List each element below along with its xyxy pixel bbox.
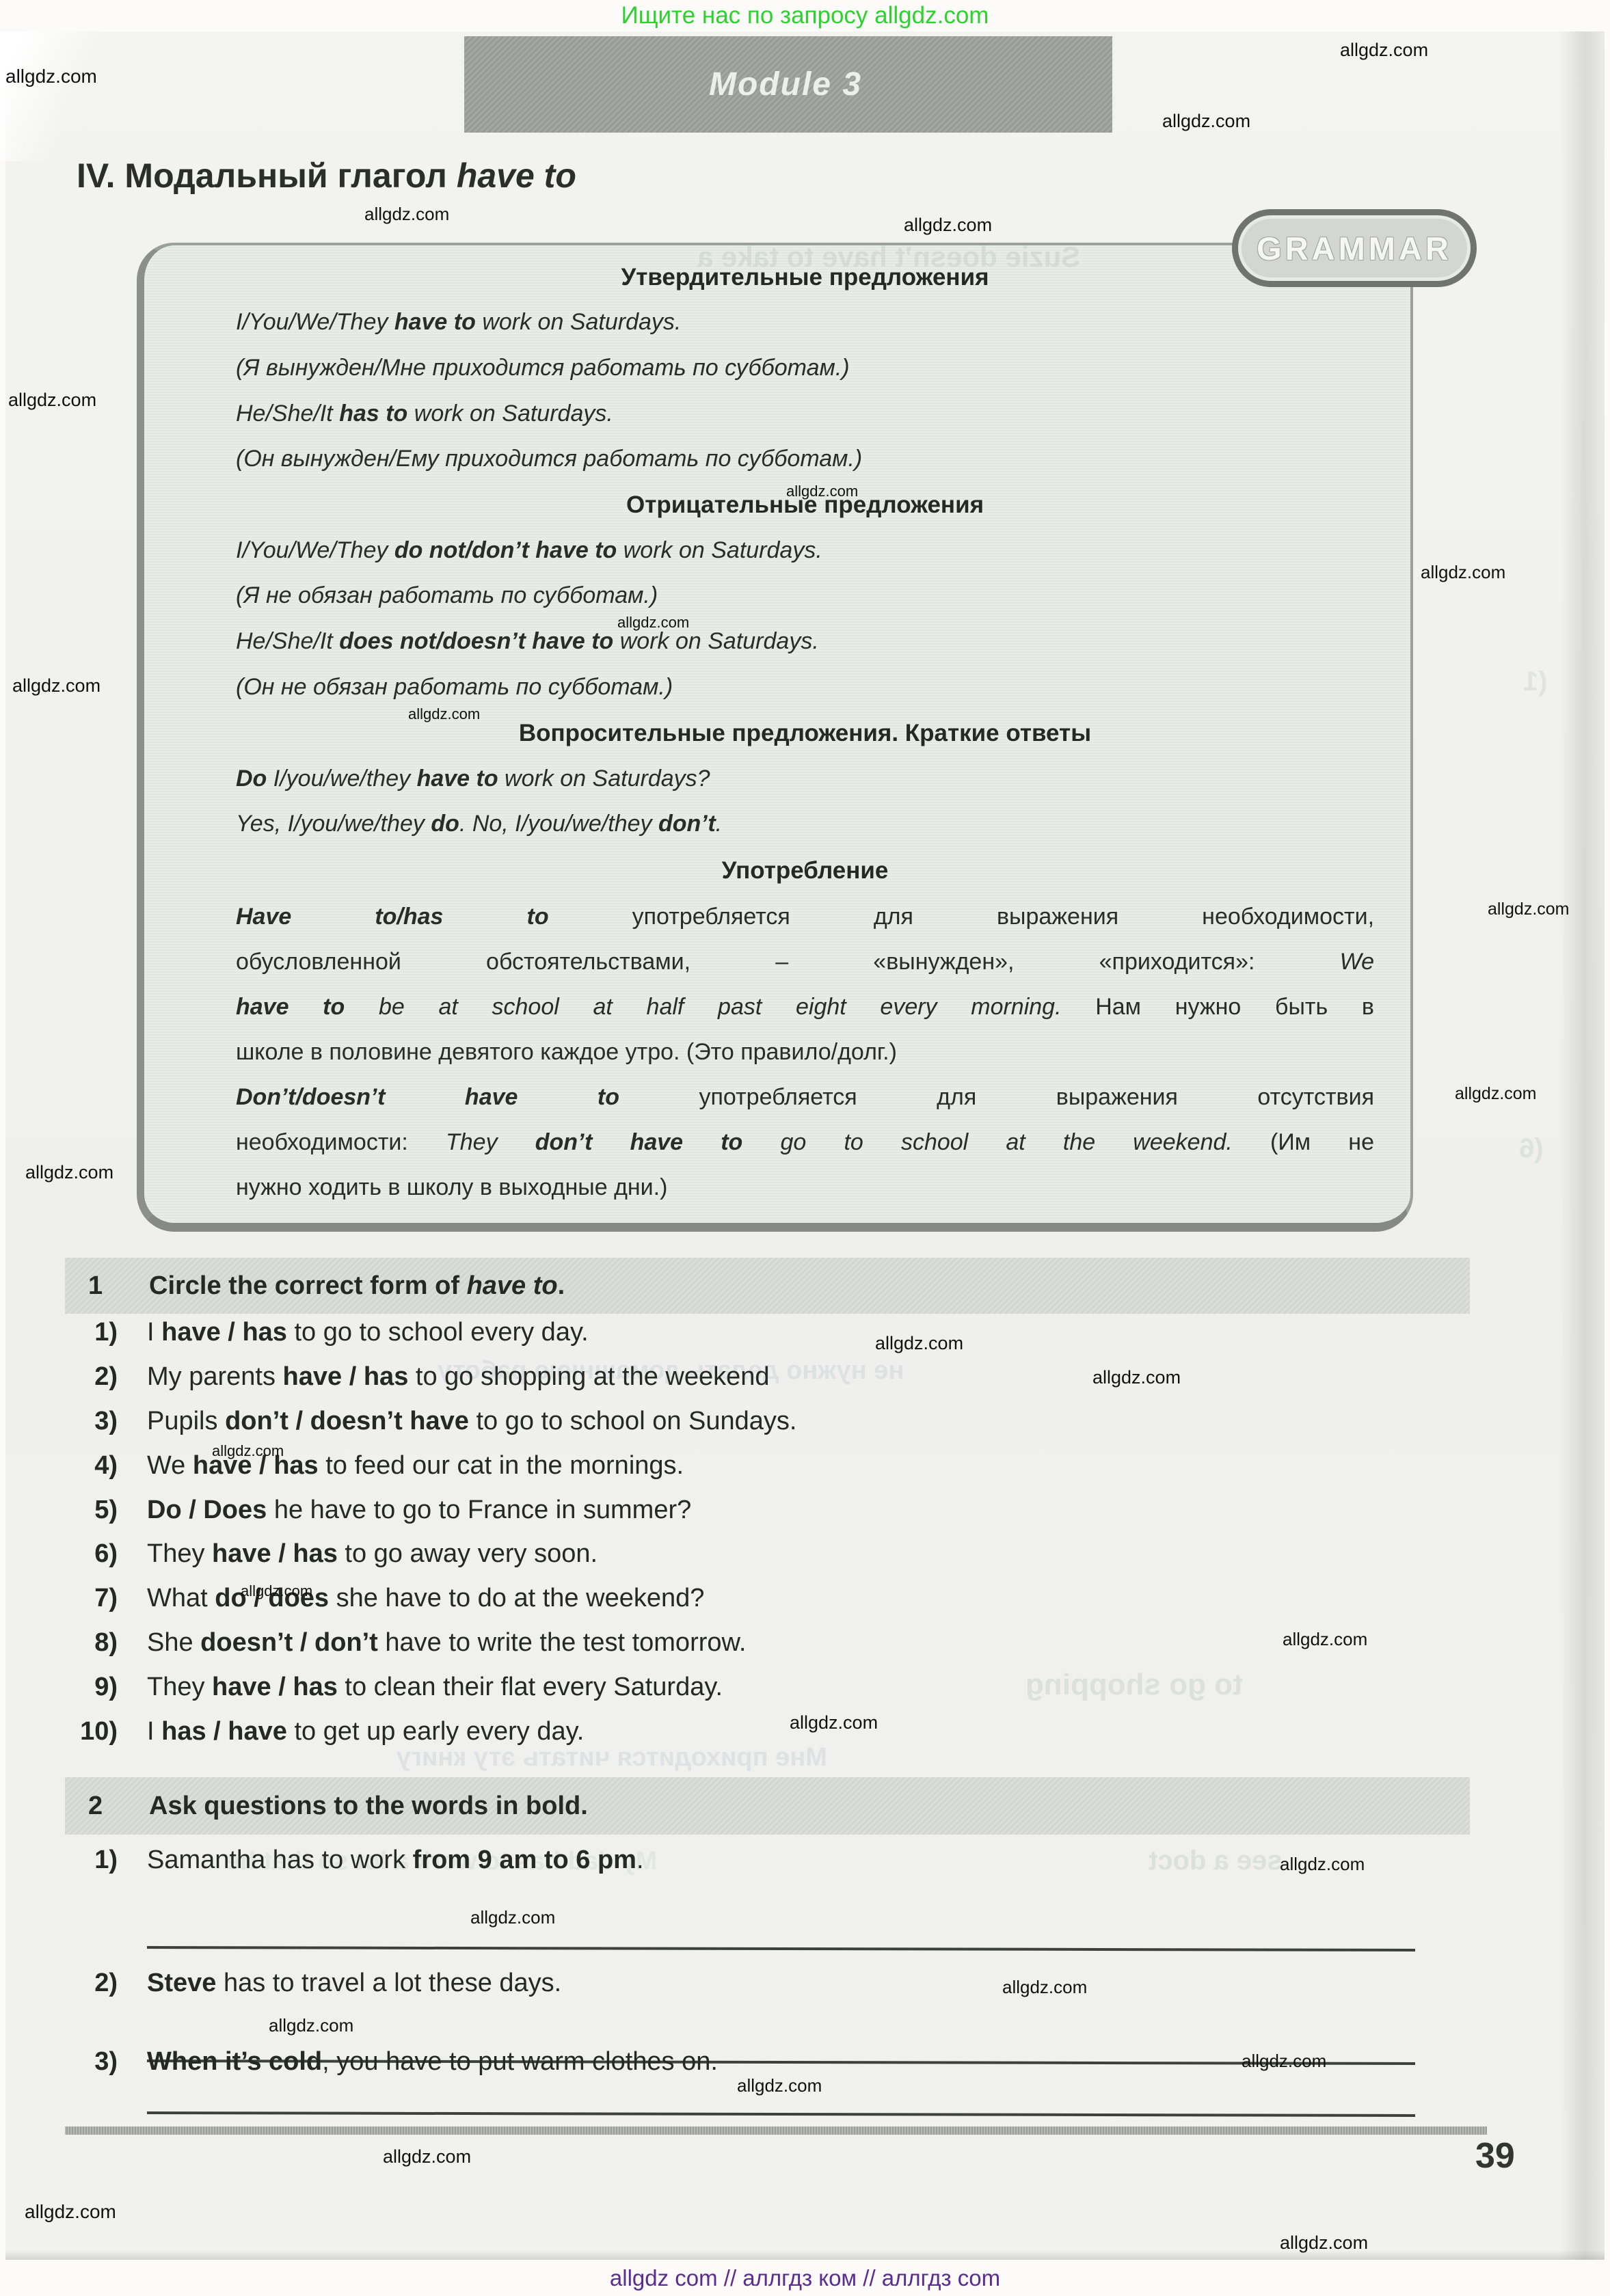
watermark: allgdz.com	[875, 1333, 963, 1354]
section-heading-usage: Употребление	[236, 857, 1374, 884]
ghost-text: to go shopping	[1025, 1668, 1243, 1702]
ghost-text: Мне приходится читать эту книгу	[397, 1743, 827, 1772]
usage-line-7: нужно ходить в школу в выходные дни.)	[236, 1174, 1374, 1201]
page-number: 39	[1475, 2135, 1515, 2176]
watermark: allgdz.com	[786, 483, 858, 500]
translation-negative-1: (Я не обязан работать по субботам.)	[236, 582, 1412, 609]
watermark: allgdz.com	[737, 2075, 822, 2096]
watermark: allgdz.com	[25, 2201, 116, 2223]
module-label: Module 3	[709, 36, 862, 133]
example-negative-2: He/She/It does not/doesn’t have to work …	[236, 628, 1412, 655]
watermark: allgdz.com	[904, 215, 992, 236]
watermark: allgdz.com	[1340, 40, 1428, 61]
watermark: allgdz.com	[1421, 562, 1505, 583]
watermark: allgdz.com	[8, 390, 96, 411]
grammar-badge: GRAMMAR	[1232, 209, 1477, 287]
translation-negative-2: (Он не обязан работать по субботам.)	[236, 674, 1412, 701]
bottom-divider	[65, 2126, 1487, 2135]
example-question: Do I/you/we/they have to work on Saturda…	[236, 766, 1412, 792]
watermark: allgdz.com	[269, 2015, 353, 2036]
watermark: allgdz.com	[364, 204, 449, 225]
watermark: allgdz.com	[241, 1582, 312, 1600]
example-negative-1: I/You/We/They do not/don’t have to work …	[236, 537, 1412, 564]
usage-line-4: школе в половине девятого каждое утро. (…	[236, 1039, 1374, 1066]
page-title: IV. Модальный глагол have to	[77, 156, 576, 195]
example-affirmative-1: I/You/We/They have to work on Saturdays.	[236, 309, 1412, 336]
section-heading-affirmative: Утвердительные предложения	[236, 264, 1374, 291]
page-right-edge-shadow	[1560, 31, 1605, 2260]
watermark: allgdz.com	[1283, 1629, 1367, 1650]
ghost-text: see a doct	[1149, 1846, 1283, 1876]
watermark: allgdz.com	[790, 1712, 878, 1733]
top-promo: Ищите нас по запросу allgdz.com	[0, 0, 1610, 31]
watermark: allgdz.com	[1092, 1367, 1181, 1388]
example-affirmative-2: He/She/It has to work on Saturdays.	[236, 401, 1412, 427]
watermark: allgdz.com	[408, 705, 480, 723]
translation-affirmative-2: (Он вынужден/Ему приходится работать по …	[236, 446, 1412, 472]
watermark: allgdz.com	[1242, 2051, 1326, 2072]
watermark: allgdz.com	[617, 614, 689, 632]
paper-crease	[0, 31, 178, 161]
ghost-text: (1	[1523, 666, 1548, 697]
watermark: allgdz.com	[12, 675, 100, 697]
module-header: Module 3	[464, 36, 1112, 133]
title-have-to: have to	[457, 157, 576, 195]
example-short-answers: Yes, I/you/we/they do. No, I/you/we/they…	[236, 811, 1412, 837]
watermark: allgdz.com	[1455, 1084, 1537, 1104]
section-heading-questions: Вопросительные предложения. Краткие отве…	[236, 720, 1374, 747]
watermark: allgdz.com	[383, 2146, 471, 2167]
exercise2-header: 2 Ask questions to the words in bold.	[65, 1777, 1470, 1835]
watermark: allgdz.com	[1488, 900, 1570, 919]
watermark: allgdz.com	[1002, 1977, 1087, 1998]
translation-affirmative-1: (Я вынужден/Мне приходится работать по с…	[236, 355, 1412, 381]
watermark: allgdz.com	[1280, 1854, 1365, 1875]
watermark: allgdz.com	[1280, 2232, 1368, 2254]
exercise1-header: 1 Circle the correct form of have to.	[65, 1258, 1470, 1314]
watermark: allgdz.com	[1162, 111, 1250, 132]
footer-promo: allgdz com // аллгдз ком // аллгдз com	[0, 2265, 1610, 2291]
watermark: allgdz.com	[470, 1907, 555, 1928]
watermark: allgdz.com	[25, 1162, 113, 1183]
watermark: allgdz.com	[5, 66, 97, 87]
watermark: allgdz.com	[212, 1442, 284, 1460]
ghost-text: (6	[1519, 1133, 1544, 1164]
